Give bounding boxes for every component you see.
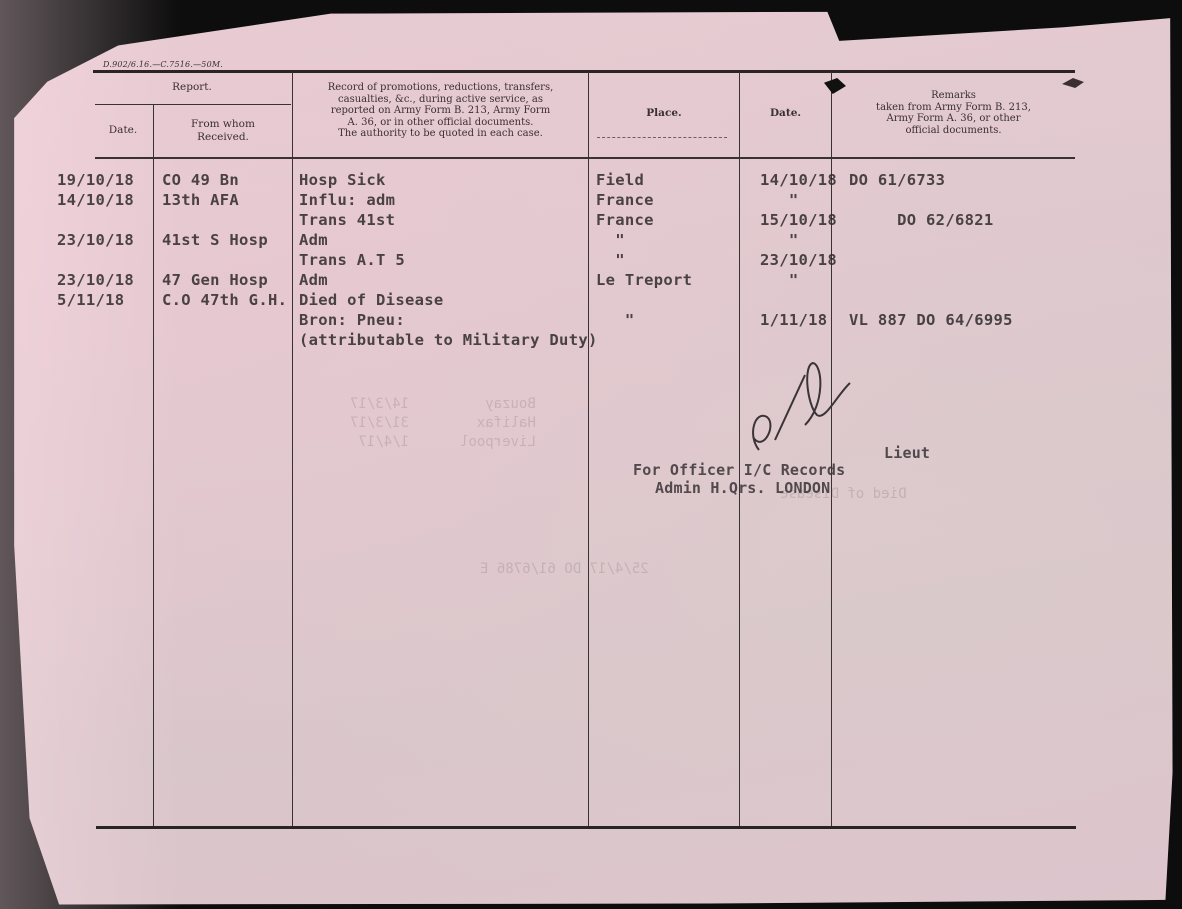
header-record: Record of promotions, reductions, transf… [293, 82, 588, 140]
report-dates-column: 19/10/18 14/10/18 23/10/18 23/10/18 5/11… [57, 170, 134, 310]
bleed-through-text: 14/3/17 31/3/17 1/4/17 [350, 395, 409, 452]
header-report: Report. [93, 81, 291, 94]
signature-rank: Lieut [884, 445, 930, 462]
table-top-rule [93, 70, 1075, 73]
place-dashed-line [597, 137, 727, 138]
handwritten-initials [745, 355, 855, 465]
column-rule-place [739, 72, 740, 827]
bleed-through-text: Bouzay Halifax Liverpool [460, 395, 536, 452]
header-remarks: Remarks taken from Army Form B. 213, Arm… [832, 90, 1075, 136]
table-bottom-rule [96, 826, 1076, 829]
records-column: Hosp Sick Influ: adm Trans 41st Adm Tran… [299, 170, 598, 350]
signature-line-2: Admin H.Qrs. LONDON [655, 480, 830, 497]
column-rule-date [153, 105, 154, 827]
header-from-whom: From whom Received. [154, 118, 292, 143]
header-place: Place. [589, 107, 739, 120]
header-date-2: Date. [740, 107, 831, 120]
header-bottom-rule [95, 157, 1075, 159]
from-whom-column: CO 49 Bn 13th AFA 41st S Hosp 47 Gen Hos… [162, 170, 287, 310]
signature-line-1: For Officer I/C Records [633, 462, 845, 479]
report-subheader-rule [95, 104, 291, 105]
places-column: Field France France " " Le Treport " [596, 170, 692, 330]
remarks-column: DO 61/6733 DO 62/6821 VL 887 DO 64/6995 [849, 170, 1013, 330]
bleed-through-text: 25/4/17 DO 61/6786 E [480, 560, 649, 579]
dates-column: 14/10/18 " 15/10/18 " 23/10/18 " 1/11/18 [760, 170, 837, 330]
column-rule-from [292, 72, 293, 827]
header-date: Date. [93, 124, 153, 137]
form-code: D.902/6.16.—C.7516.—50M. [103, 60, 223, 69]
